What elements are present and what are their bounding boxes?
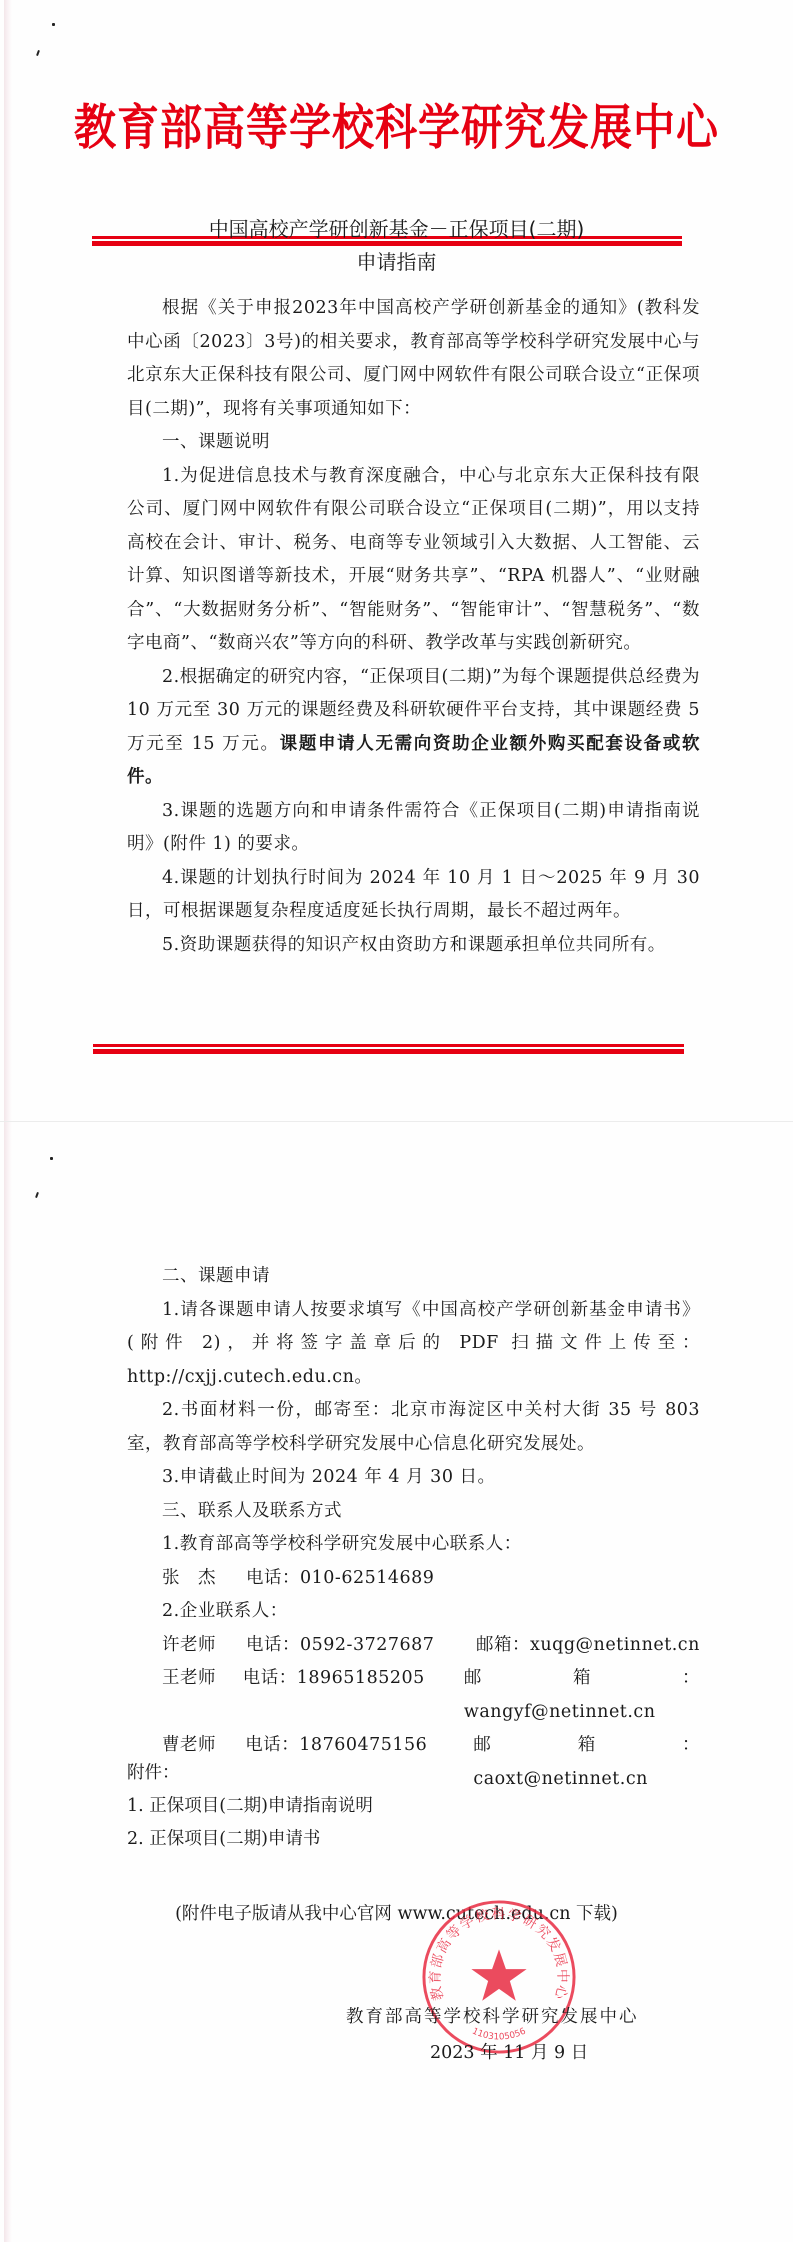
center-contact-label: 1.教育部高等学校科学研究发展中心联系人： <box>127 1528 700 1562</box>
contact-email[interactable]: 邮箱：wangyf@netinnet.cn <box>464 1662 700 1729</box>
section2-item-1: 1.请各课题申请人按要求填写《中国高校产学研创新基金申请书》(附件 2)，并将签… <box>127 1294 700 1395</box>
section2-item-3: 3.申请截止时间为 2024 年 4 月 30 日。 <box>127 1461 700 1495</box>
section2-heading: 二、课题申请 <box>127 1260 700 1294</box>
attachments-block: 附件： 1. 正保项目(二期)申请指南说明 2. 正保项目(二期)申请书 <box>127 1757 700 1856</box>
enterprise-contact-label: 2.企业联系人： <box>127 1595 700 1629</box>
center-contact-row: 张 杰 电话：010-62514689 <box>127 1562 700 1596</box>
attachment-item-2: 2. 正保项目(二期)申请书 <box>127 1823 700 1856</box>
doc-title-line1: 中国高校产学研创新基金－正保项目(二期) <box>0 213 793 242</box>
contact-phone: 电话：010-62514689 <box>246 1562 476 1596</box>
contact-name: 张 杰 <box>162 1562 246 1596</box>
section3-heading: 三、联系人及联系方式 <box>127 1495 700 1529</box>
body-page1: 根据《关于申报2023年中国高校产学研创新基金的通知》(教科发中心函〔2023〕… <box>127 292 700 962</box>
signature-org: 教育部高等学校科学研究发展中心 <box>346 2003 639 2028</box>
contact-phone: 电话：18965185205 <box>243 1662 464 1729</box>
attachments-label: 附件： <box>127 1757 700 1790</box>
scan-edge <box>4 1122 12 2242</box>
scan-speck <box>35 1192 39 1198</box>
attachment-item-1: 1. 正保项目(二期)申请指南说明 <box>127 1790 700 1823</box>
contact-phone: 电话：0592-3727687 <box>246 1629 476 1663</box>
section1-item-1: 1.为促进信息技术与教育深度融合，中心与北京东大正保科技有限公司、厦门网中网软件… <box>127 460 700 661</box>
scan-speck <box>52 23 55 26</box>
body-page2: 二、课题申请 1.请各课题申请人按要求填写《中国高校产学研创新基金申请书》(附件… <box>127 1260 700 1796</box>
section1-item-5: 5.资助课题获得的知识产权由资助方和课题承担单位共同所有。 <box>127 929 700 963</box>
scan-speck <box>50 1157 53 1160</box>
download-note: (附件电子版请从我中心官网 www.cutech.edu.cn 下载) <box>0 1900 793 1925</box>
footer-red-rule <box>93 1044 684 1054</box>
enterprise-contact-row: 许老师 电话：0592-3727687 邮箱：xuqg@netinnet.cn <box>127 1629 700 1663</box>
contact-name: 王老师 <box>162 1662 243 1729</box>
enterprise-contact-row: 王老师 电话：18965185205 邮箱：wangyf@netinnet.cn <box>127 1662 700 1729</box>
scan-speck <box>36 50 40 56</box>
contact-email[interactable]: 邮箱：xuqg@netinnet.cn <box>476 1629 700 1663</box>
org-letterhead-title: 教育部高等学校科学研究发展中心 <box>0 96 793 160</box>
contact-name: 许老师 <box>162 1629 246 1663</box>
page-1: 教育部高等学校科学研究发展中心 中国高校产学研创新基金－正保项目(二期) 申请指… <box>0 0 793 1122</box>
signature-date: 2023 年 11 月 9 日 <box>430 2039 588 2064</box>
section1-item-2: 2.根据确定的研究内容，“正保项目(二期)”为每个课题提供总经费为 10 万元至… <box>127 661 700 795</box>
section2-item-2: 2.书面材料一份，邮寄至：北京市海淀区中关村大街 35 号 803 室，教育部高… <box>127 1394 700 1461</box>
section1-item-3: 3.课题的选题方向和申请条件需符合《正保项目(二期)申请指南说明》(附件 1) … <box>127 795 700 862</box>
doc-title-line2: 申请指南 <box>0 246 793 275</box>
section1-item-4: 4.课题的计划执行时间为 2024 年 10 月 1 日～2025 年 9 月 … <box>127 862 700 929</box>
scan-edge <box>4 0 12 1122</box>
official-seal-icon: 教育部高等学校科学研究发展中心 1103105056 <box>420 1898 578 2056</box>
intro-paragraph: 根据《关于申报2023年中国高校产学研创新基金的通知》(教科发中心函〔2023〕… <box>127 292 700 426</box>
section1-heading: 一、课题说明 <box>127 426 700 460</box>
